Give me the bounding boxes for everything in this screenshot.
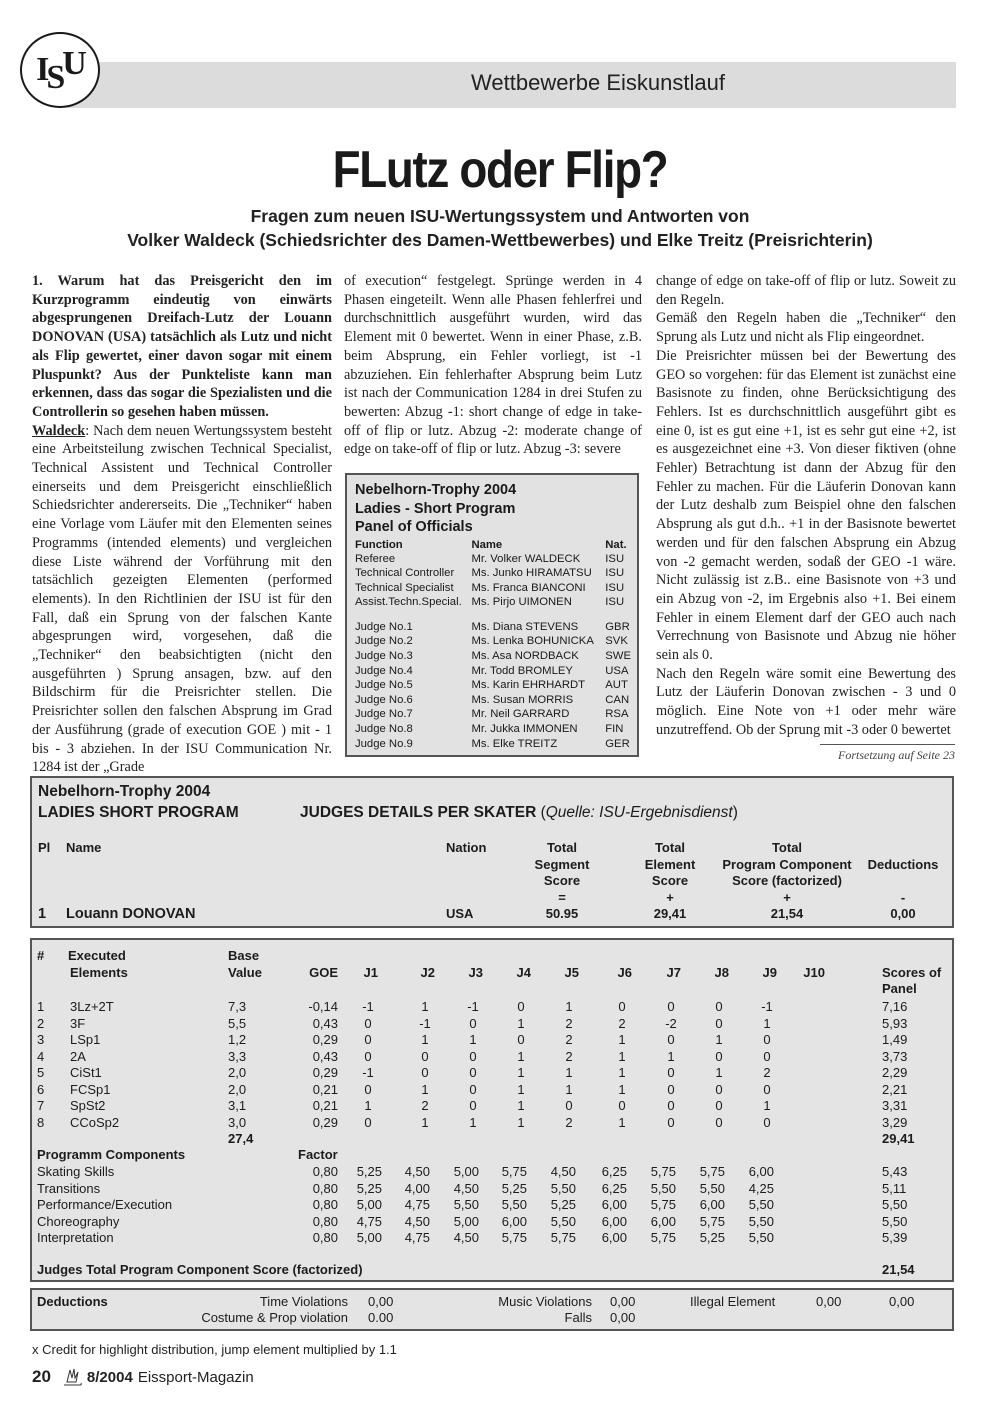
judge-5-component-score: 4,50 [540,1164,576,1179]
goe-value: -0,14 [282,999,338,1014]
segment-name: LADIES SHORT PROGRAM [38,804,239,822]
header-judge-1: J1 [348,965,378,980]
base-value: 3,1 [228,1098,246,1113]
header-nation: Nation [446,840,486,855]
header-scores-of: Scores of [882,965,941,980]
element-number: 5 [37,1065,44,1080]
judge-2-score: 1 [413,1115,437,1130]
component-factor: 0,80 [282,1197,338,1212]
table-row: Judge No.2Ms. Lenka BOHUNICKASVK [355,634,631,649]
judge-4-score: 1 [509,1065,533,1080]
illegal-element-label: Illegal Element [690,1294,775,1309]
judge-6-component-score: 6,00 [591,1214,627,1229]
judge-8-score: 0 [707,1049,731,1064]
judge-1-component-score: 5,25 [346,1181,382,1196]
header-judge-3: J3 [453,965,483,980]
event-name: Nebelhorn-Trophy 2004 [38,783,210,801]
judge-2-component-score: 4,75 [394,1230,430,1245]
results-summary-box: Nebelhorn-Trophy 2004 LADIES SHORT PROGR… [30,776,954,928]
program-components-header: Programm Components [37,1147,185,1162]
judge-8-component-score: 6,00 [689,1197,725,1212]
header-deductions: Deductions - [860,857,946,907]
judge-1-component-score: 5,00 [346,1197,382,1212]
judge-4-component-score: 5,75 [491,1230,527,1245]
hdr-line: - [860,890,946,907]
judge-5-score: 2 [557,1032,581,1047]
hdr-line: Program Component [712,857,862,874]
nation: GBR [605,620,631,635]
table-row: Judge No.8Mr. Jukka IMMONENFIN [355,722,631,737]
function: Judge No.8 [355,722,471,737]
judge-4-score: 1 [509,1082,533,1097]
section-band: Wettbewerbe Eiskunstlauf [60,62,956,108]
nation: USA [605,664,631,679]
judge-8-score: 0 [707,1115,731,1130]
judge-3-score: -1 [461,999,485,1014]
header-judge-7: J7 [651,965,681,980]
skater-nation: USA [446,906,473,921]
official-name: Mr. Todd BROMLEY [471,664,605,679]
hdr-line: Total [502,840,622,857]
component-name: Choreography [37,1214,119,1229]
judge-7-component-score: 6,00 [640,1214,676,1229]
header-pl: Pl [38,840,50,855]
hdr-line: Score (factorized) [712,873,862,890]
component-panel-score: 5,11 [882,1181,906,1196]
answer-text-continued: of execution“ festgelegt. Sprünge werden… [344,272,642,459]
official-name: Ms. Elke TREITZ [471,737,605,752]
judge-3-score: 0 [461,1065,485,1080]
judge-3-score: 0 [461,1098,485,1113]
nation: ISU [605,595,631,610]
function: Assist.Techn.Special. [355,595,471,610]
judge-8-score: 1 [707,1032,731,1047]
official-name: Ms. Lenka BOHUNICKA [471,634,605,649]
judge-8-score: 0 [707,1082,731,1097]
function: Technical Controller [355,566,471,581]
official-name: Ms. Pirjo UIMONEN [471,595,605,610]
article-column-3: change of edge on take-off of flip or lu… [656,272,956,740]
judge-6-component-score: 6,25 [591,1164,627,1179]
judge-8-score: 0 [707,999,731,1014]
component-panel-score: 5,43 [882,1164,907,1179]
header-executed: Executed [68,948,126,963]
table-row: RefereeMr. Volker WALDECKISU [355,552,631,567]
header-judge-6: J6 [602,965,632,980]
function: Judge No.3 [355,649,471,664]
table-row: Technical SpecialistMs. Franca BIANCONII… [355,581,631,596]
judge-9-score: 1 [755,1098,779,1113]
judge-4-score: 1 [509,1049,533,1064]
results-detail-box: # Executed Elements Base Value GOE J1J2J… [30,938,954,1282]
official-name: Ms. Junko HIRAMATSU [471,566,605,581]
judge-8-component-score: 5,75 [689,1214,725,1229]
element-number: 7 [37,1098,44,1113]
judge-5-component-score: 5,25 [540,1197,576,1212]
judge-8-score: 0 [707,1098,731,1113]
function: Judge No.9 [355,737,471,752]
music-violations-value: 0,00 [610,1294,635,1309]
official-name: Ms. Diana STEVENS [471,620,605,635]
header-judge-2: J2 [405,965,435,980]
base-value: 7,3 [228,999,246,1014]
table-row: Judge No.7Mr. Neil GARRARDRSA [355,707,631,722]
judge-2-score: 0 [413,1049,437,1064]
panel-score: 7,16 [882,999,907,1014]
logo-letter-u: U [62,45,84,83]
table-header-row: Function Name Nat. [355,538,631,552]
judge-4-score: 1 [509,1115,533,1130]
goe-value: 0,29 [282,1065,338,1080]
goe-value: 0,43 [282,1049,338,1064]
function: Judge No.6 [355,693,471,708]
judge-5-score: 2 [557,1016,581,1031]
function: Judge No.1 [355,620,471,635]
judge-9-component-score: 6,00 [738,1164,774,1179]
official-name: Mr. Jukka IMMONEN [471,722,605,737]
judge-8-score: 1 [707,1065,731,1080]
issue-number: 8/2004 [87,1369,133,1386]
judge-1-score: 0 [356,1032,380,1047]
goe-value: 0,21 [282,1082,338,1097]
spacer-row [355,610,631,620]
judge-2-component-score: 4,75 [394,1197,430,1212]
base-value: 3,3 [228,1049,246,1064]
pcs-total-value: 21,54 [882,1262,915,1277]
interview-question: 1. Warum hat das Preisgericht den im Kur… [32,272,332,422]
header-judge-10: J10 [795,965,825,980]
judge-2-score: 1 [413,1032,437,1047]
judge-4-component-score: 5,50 [491,1197,527,1212]
element-number: 6 [37,1082,44,1097]
logo-letter-s: S [46,59,62,97]
function: Judge No.4 [355,664,471,679]
judge-5-score: 1 [557,1082,581,1097]
header-name: Name [66,840,101,855]
music-violations-label: Music Violations [462,1294,592,1309]
table-row: Judge No.4Mr. Todd BROMLEYUSA [355,664,631,679]
judge-5-component-score: 5,75 [540,1230,576,1245]
nation: GER [605,737,631,752]
goe-value: 0,21 [282,1098,338,1113]
page-footer: 20 8/2004 Eissport-Magazin [32,1366,254,1388]
judge-4-score: 0 [509,999,533,1014]
judge-7-score: 0 [659,1115,683,1130]
report-title: JUDGES DETAILS PER SKATER (Quelle: ISU-E… [300,804,738,822]
judge-6-score: 1 [610,1115,634,1130]
judge-1-score: 0 [356,1049,380,1064]
box-title: Panel of Officials [355,518,631,537]
element-number: 2 [37,1016,44,1031]
element-code: 3F [70,1016,85,1031]
component-panel-score: 5,50 [882,1214,907,1229]
judge-9-score: 1 [755,1016,779,1031]
falls-value: 0,00 [610,1310,635,1325]
element-code: SpSt2 [70,1098,105,1113]
judge-9-score: 0 [755,1115,779,1130]
pcs-total-label: Judges Total Program Component Score (fa… [37,1262,363,1277]
judge-2-component-score: 4,50 [394,1214,430,1229]
judge-3-score: 0 [461,1049,485,1064]
judge-3-score: 0 [461,1016,485,1031]
component-factor: 0,80 [282,1230,338,1245]
judge-8-score: 0 [707,1016,731,1031]
panel-of-officials-box: Nebelhorn-Trophy 2004 Ladies - Short Pro… [345,473,639,757]
judge-4-component-score: 5,25 [491,1181,527,1196]
judge-2-score: 1 [413,999,437,1014]
table-row: Judge No.6Ms. Susan MORRISCAN [355,693,631,708]
deductions-label: Deductions [37,1294,108,1309]
judge-7-score: 0 [659,1098,683,1113]
header-total-segment-score: Total Segment Score = [502,840,622,906]
judge-4-score: 1 [509,1016,533,1031]
judge-9-component-score: 5,50 [738,1197,774,1212]
component-name: Performance/Execution [37,1197,172,1212]
function: Technical Specialist [355,581,471,596]
base-value-total: 27,4 [228,1131,253,1146]
skater-tss: 50.95 [502,906,622,921]
judge-9-score: 0 [755,1049,779,1064]
article-subtitle-2: Volker Waldeck (Schiedsrichter des Damen… [0,230,1000,251]
element-code: 2A [70,1049,86,1064]
component-name: Skating Skills [37,1164,114,1179]
nation: SWE [605,649,631,664]
judge-6-component-score: 6,00 [591,1197,627,1212]
nation: AUT [605,678,631,693]
judge-7-component-score: 5,75 [640,1197,676,1212]
answer-text: : Nach dem neuen Wertungssystem besteht … [32,423,332,776]
judge-1-score: 1 [356,1098,380,1113]
judge-1-component-score: 5,25 [346,1164,382,1179]
base-value: 2,0 [228,1082,246,1097]
judge-2-component-score: 4,50 [394,1164,430,1179]
judge-6-score: 1 [610,1032,634,1047]
hdr-line: Total [712,840,862,857]
skater-name: Louann DONOVAN [66,906,195,922]
header-base: Base [228,948,259,963]
hdr-line: Score [502,873,622,890]
nation: ISU [605,566,631,581]
judge-7-score: -2 [659,1016,683,1031]
judge-5-component-score: 5,50 [540,1214,576,1229]
judge-3-component-score: 5,00 [443,1164,479,1179]
nation: ISU [605,581,631,596]
official-name: Mr. Volker WALDECK [471,552,605,567]
judge-3-component-score: 4,50 [443,1230,479,1245]
judge-8-component-score: 5,75 [689,1164,725,1179]
judge-9-component-score: 5,50 [738,1230,774,1245]
article-column-2: of execution“ festgelegt. Sprünge werden… [344,272,642,459]
box-title: Nebelhorn-Trophy 2004 [355,481,631,500]
paren: ) [733,804,738,821]
paragraph: Die Preisrichter müssen bei der Bewertun… [656,347,956,665]
paragraph: change of edge on take-off of flip or lu… [656,272,956,309]
panel-score: 3,31 [882,1098,907,1113]
judge-5-score: 1 [557,999,581,1014]
header-judge-5: J5 [549,965,579,980]
header-elements: Elements [70,965,128,980]
header-judge-9: J9 [747,965,777,980]
judge-7-score: 0 [659,1032,683,1047]
judge-9-component-score: 5,50 [738,1214,774,1229]
article-column-1: 1. Warum hat das Preisgericht den im Kur… [32,272,332,777]
function: Judge No.7 [355,707,471,722]
officials-table: Function Name Nat. RefereeMr. Volker WAL… [355,538,631,752]
judge-4-score: 0 [509,1032,533,1047]
hdr-line: = [502,890,622,907]
function: Judge No.2 [355,634,471,649]
judge-5-score: 1 [557,1065,581,1080]
judge-4-component-score: 6,00 [491,1214,527,1229]
header-panel: Panel [882,981,917,996]
judge-7-component-score: 5,75 [640,1230,676,1245]
judge-8-component-score: 5,50 [689,1181,725,1196]
paragraph: Gemäß den Regeln haben die „Techniker“ d… [656,309,956,346]
magazine-name: Eissport-Magazin [138,1369,254,1386]
judge-2-score: 1 [413,1082,437,1097]
judge-1-score: 0 [356,1115,380,1130]
judge-3-score: 1 [461,1115,485,1130]
deductions-box: Deductions Time Violations 0,00 Costume … [30,1288,954,1331]
hdr-line: Segment [502,857,622,874]
official-name: Ms. Karin EHRHARDT [471,678,605,693]
base-value: 2,0 [228,1065,246,1080]
judge-9-score: 2 [755,1065,779,1080]
base-value: 3,0 [228,1115,246,1130]
factor-header: Factor [298,1147,338,1162]
judge-2-component-score: 4,00 [394,1181,430,1196]
panel-score: 3,29 [882,1115,907,1130]
judge-6-score: 0 [610,1098,634,1113]
component-factor: 0,80 [282,1214,338,1229]
judge-6-score: 0 [610,999,634,1014]
nation: SVK [605,634,631,649]
table-row: Technical ControllerMs. Junko HIRAMATSUI… [355,566,631,581]
judge-3-component-score: 5,50 [443,1197,479,1212]
judge-3-score: 0 [461,1082,485,1097]
base-value: 5,5 [228,1016,246,1031]
judge-4-score: 1 [509,1098,533,1113]
illegal-element-value: 0,00 [816,1294,841,1309]
box-title: Ladies - Short Program [355,500,631,519]
nation: ISU [605,552,631,567]
source-text: Quelle: ISU-Ergebnisdienst [546,804,733,821]
base-value: 1,2 [228,1032,246,1047]
judge-7-component-score: 5,50 [640,1181,676,1196]
panel-score: 1,49 [882,1032,907,1047]
judge-2-score: -1 [413,1016,437,1031]
element-number: 1 [37,999,44,1014]
article-title: FLutz oder Flip? [60,140,940,200]
element-code: FCSp1 [70,1082,110,1097]
component-panel-score: 5,39 [882,1230,907,1245]
goe-value: 0,29 [282,1115,338,1130]
panel-score: 2,21 [882,1082,907,1097]
judge-7-score: 1 [659,1049,683,1064]
hdr-line: + [712,890,862,907]
header-goe: GOE [282,965,338,980]
judge-3-component-score: 4,50 [443,1181,479,1196]
goe-value: 0,43 [282,1016,338,1031]
table-row: Judge No.5Ms. Karin EHRHARDTAUT [355,678,631,693]
header-function: Function [355,538,471,552]
judge-8-component-score: 5,25 [689,1230,725,1245]
hdr-line: Deductions [860,857,946,874]
falls-label: Falls [462,1310,592,1325]
header-total-pcs: Total Program Component Score (factorize… [712,840,862,906]
judge-3-component-score: 5,00 [443,1214,479,1229]
judge-3-score: 1 [461,1032,485,1047]
component-name: Transitions [37,1181,100,1196]
judge-6-score: 1 [610,1065,634,1080]
judge-9-score: -1 [755,999,779,1014]
element-code: CiSt1 [70,1065,102,1080]
costume-violation-value: 0.00 [368,1310,393,1325]
judge-7-score: 0 [659,1082,683,1097]
header-nat: Nat. [605,538,631,552]
element-number: 8 [37,1115,44,1130]
elements-score-total: 29,41 [882,1131,915,1146]
skate-logo-icon [61,1366,83,1388]
judge-1-score: 0 [356,1082,380,1097]
section-title: Wettbewerbe Eiskunstlauf [60,70,956,96]
judge-5-score: 2 [557,1049,581,1064]
judge-6-score: 2 [610,1016,634,1031]
speaker-name: Waldeck [32,423,85,439]
panel-score: 3,73 [882,1049,907,1064]
goe-value: 0,29 [282,1032,338,1047]
element-code: 3Lz+2T [70,999,114,1014]
judge-9-score: 0 [755,1082,779,1097]
costume-violation-label: Costume & Prop violation [182,1310,348,1325]
table-row: Judge No.1Ms. Diana STEVENSGBR [355,620,631,635]
header-judge-8: J8 [699,965,729,980]
judge-1-score: -1 [356,999,380,1014]
official-name: Ms. Susan MORRIS [471,693,605,708]
function: Judge No.5 [355,678,471,693]
table-row: Judge No.3Ms. Asa NORDBACKSWE [355,649,631,664]
skater-deductions: 0,00 [860,906,946,921]
judge-5-component-score: 5,50 [540,1181,576,1196]
judge-2-score: 2 [413,1098,437,1113]
element-code: CCoSp2 [70,1115,119,1130]
element-code: LSp1 [70,1032,100,1047]
panel-score: 5,93 [882,1016,907,1031]
judge-7-component-score: 5,75 [640,1164,676,1179]
judge-7-score: 0 [659,1065,683,1080]
judge-1-component-score: 5,00 [346,1230,382,1245]
table-row: Assist.Techn.Special.Ms. Pirjo UIMONENIS… [355,595,631,610]
panel-score: 2,29 [882,1065,907,1080]
judge-6-component-score: 6,25 [591,1181,627,1196]
component-panel-score: 5,50 [882,1197,907,1212]
time-violations-label: Time Violations [182,1294,348,1309]
report-title-text: JUDGES DETAILS PER SKATER [300,804,536,821]
table-row: Judge No.9Ms. Elke TREITZGER [355,737,631,752]
official-name: Mr. Neil GARRARD [471,707,605,722]
skater-place: 1 [38,906,46,922]
time-violations-value: 0,00 [368,1294,393,1309]
judge-4-component-score: 5,75 [491,1164,527,1179]
continued-note: Fortsetzung auf Seite 23 [820,744,955,763]
nation: RSA [605,707,631,722]
judge-1-component-score: 4,75 [346,1214,382,1229]
paragraph: Nach den Regeln wäre somit eine Bewertun… [656,665,956,740]
judge-1-score: -1 [356,1065,380,1080]
judge-6-score: 1 [610,1082,634,1097]
page-number: 20 [32,1367,51,1387]
judge-9-score: 0 [755,1032,779,1047]
